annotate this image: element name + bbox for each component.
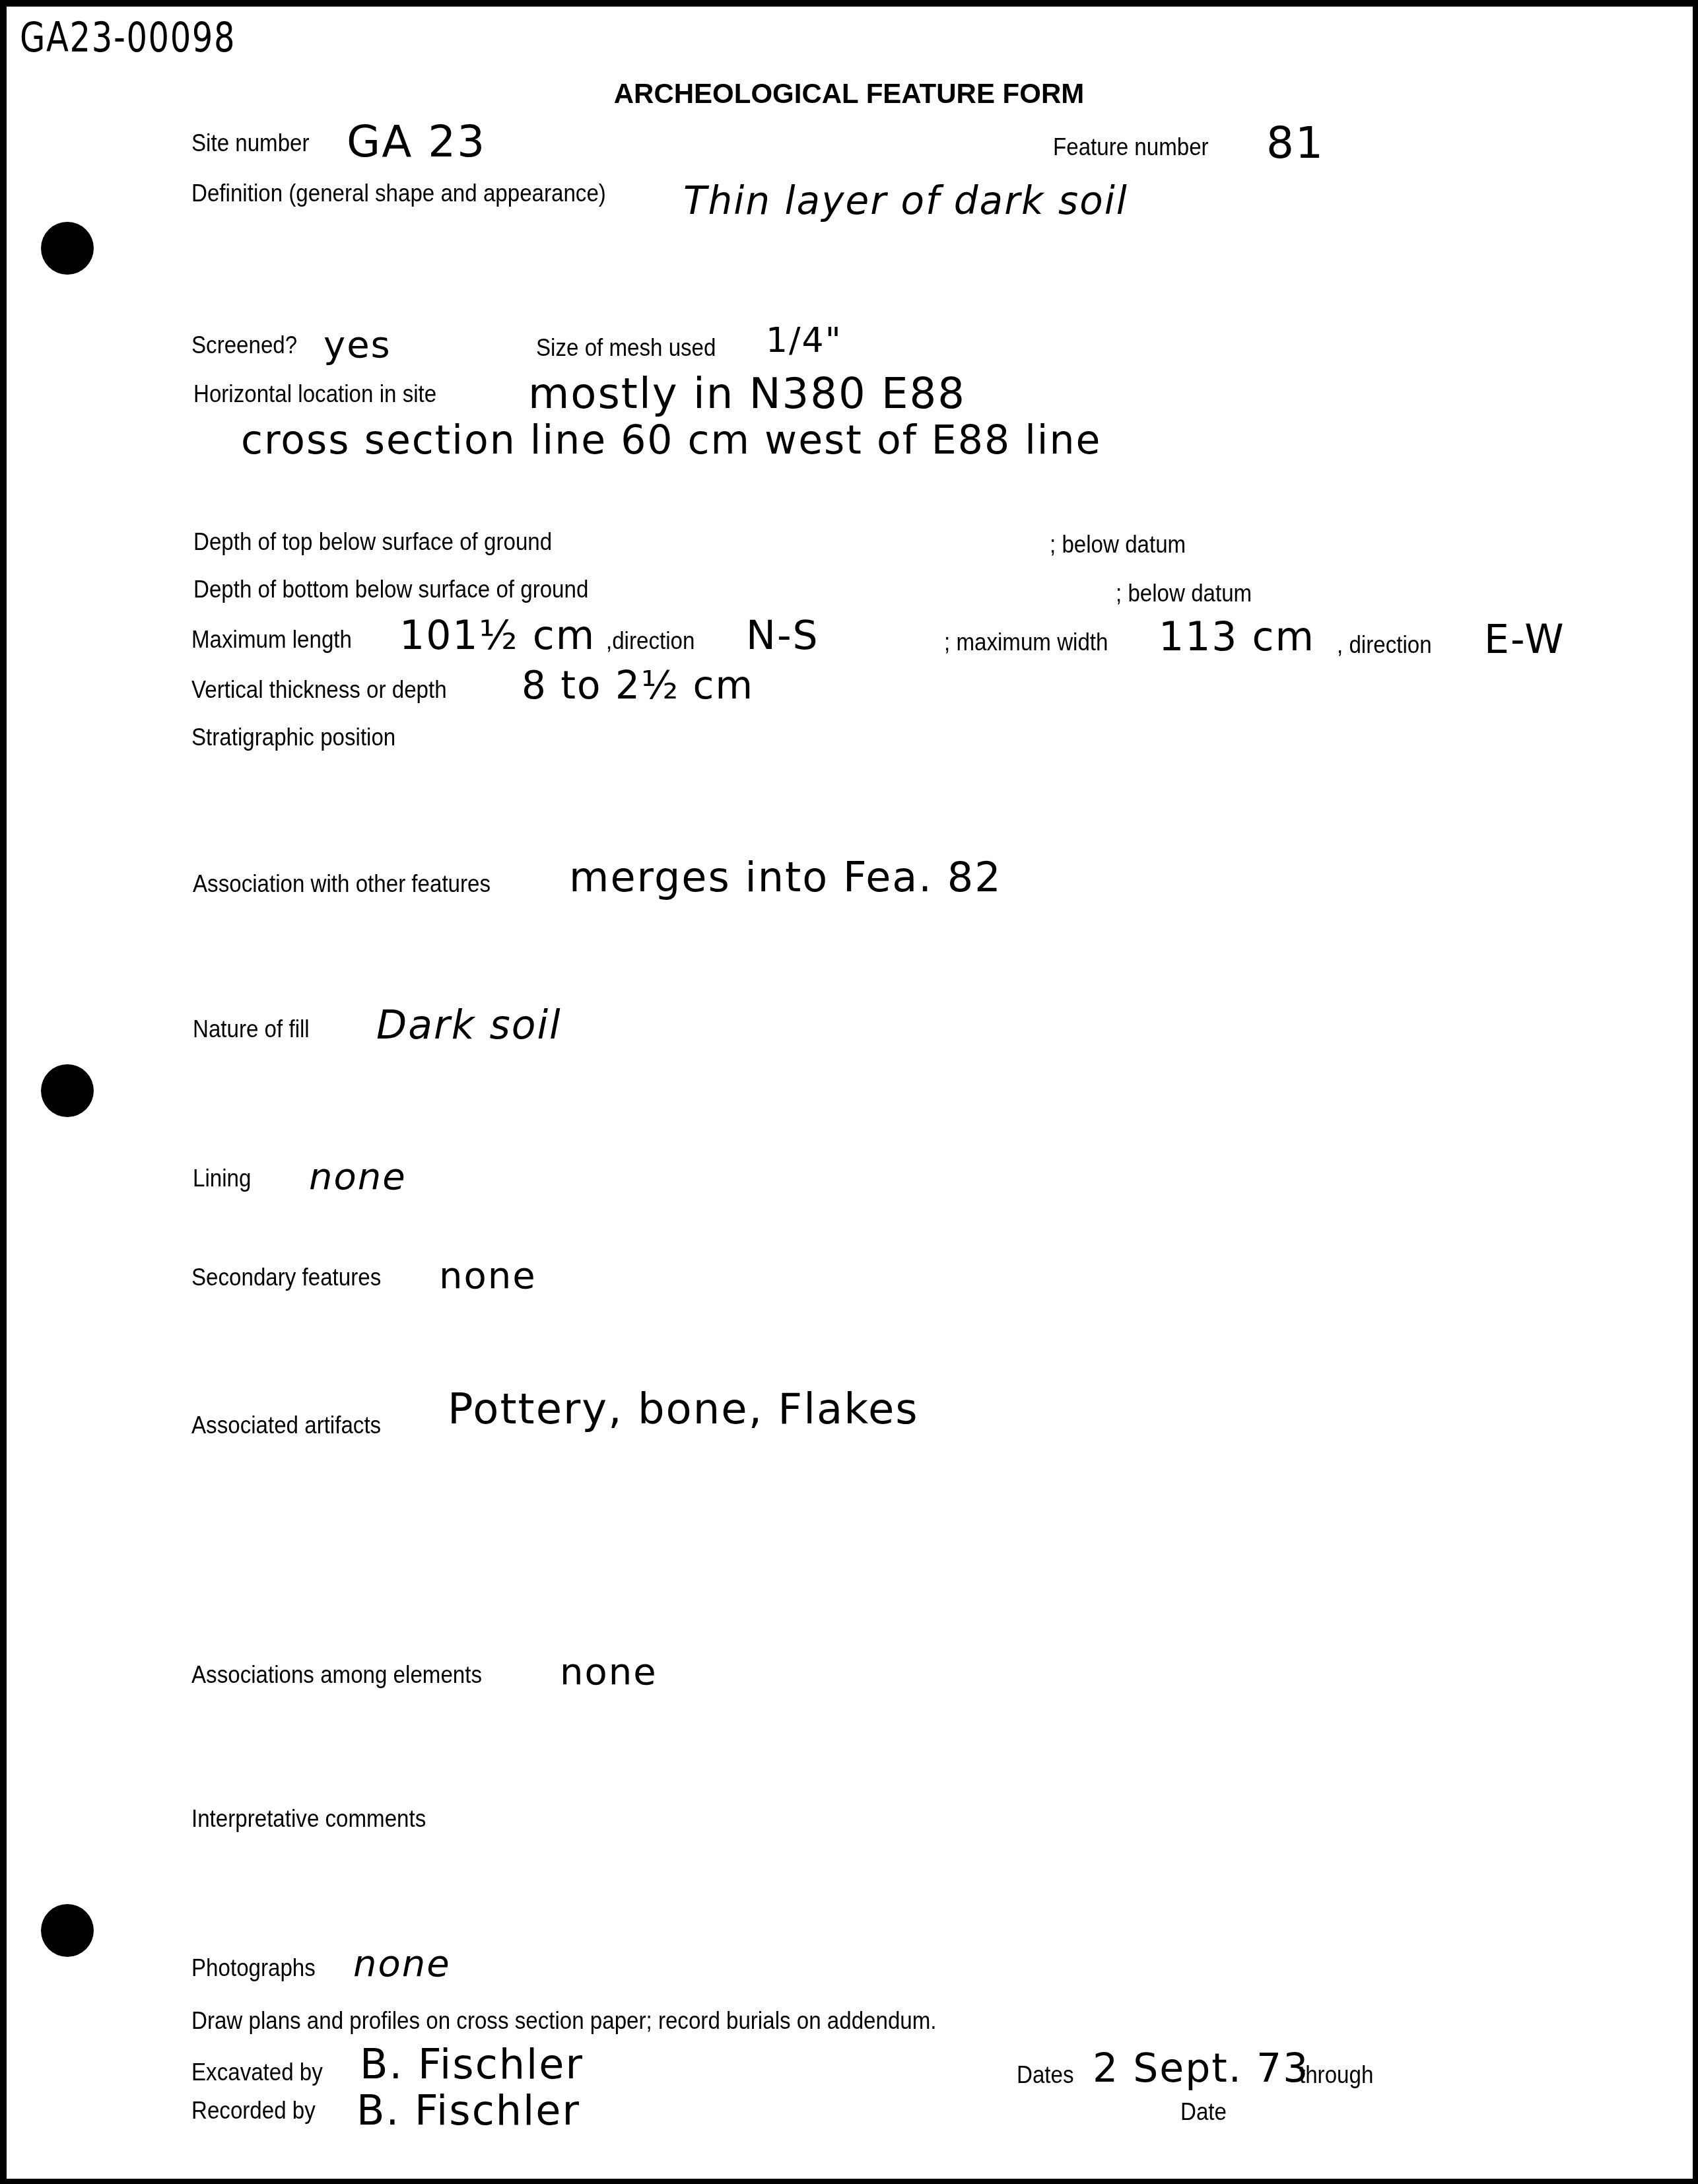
instructions-text: Draw plans and profiles on cross section… bbox=[191, 2007, 937, 2035]
recorded-by-value[interactable]: B. Fischler bbox=[357, 2086, 580, 2134]
feature-number-label: Feature number bbox=[1053, 133, 1209, 161]
association-other-label: Association with other features bbox=[193, 870, 491, 898]
screened-label: Screened? bbox=[191, 331, 297, 359]
recorded-by-label: Recorded by bbox=[191, 2097, 316, 2125]
max-width-direction-label: , direction bbox=[1337, 631, 1432, 659]
feature-form-page: GA23-00098 ARCHEOLOGICAL FEATURE FORM Si… bbox=[0, 0, 1698, 2184]
dates-through-label: through bbox=[1299, 2061, 1373, 2089]
file-id-annotation: GA23-00098 bbox=[20, 13, 236, 61]
associated-artifacts-label: Associated artifacts bbox=[191, 1412, 381, 1439]
secondary-features-label: Secondary features bbox=[191, 1264, 381, 1291]
depth-top-label: Depth of top below surface of ground bbox=[193, 528, 552, 556]
date-label: Date bbox=[1180, 2098, 1227, 2126]
scan-border-bottom bbox=[0, 2179, 1698, 2184]
horizontal-location-value[interactable]: mostly in N380 E88 bbox=[528, 370, 966, 419]
photographs-label: Photographs bbox=[191, 1954, 316, 1982]
punch-hole-icon bbox=[41, 222, 94, 275]
scan-border-right bbox=[1693, 0, 1698, 2184]
nature-of-fill-value[interactable]: Dark soil bbox=[376, 1002, 562, 1048]
nature-of-fill-label: Nature of fill bbox=[193, 1015, 310, 1043]
max-length-value[interactable]: 101½ cm bbox=[399, 613, 595, 659]
depth-bottom-datum-label: ; below datum bbox=[1116, 580, 1252, 607]
excavated-by-value[interactable]: B. Fischler bbox=[360, 2040, 584, 2088]
interpretative-comments-label: Interpretative comments bbox=[191, 1805, 426, 1833]
depth-bottom-label: Depth of bottom below surface of ground bbox=[193, 576, 588, 603]
max-length-direction-value[interactable]: N-S bbox=[746, 613, 819, 659]
scan-border-left bbox=[0, 0, 7, 2184]
depth-top-datum-label: ; below datum bbox=[1050, 531, 1186, 559]
dates-value[interactable]: 2 Sept. 73 bbox=[1093, 2045, 1309, 2092]
excavated-by-label: Excavated by bbox=[191, 2059, 323, 2086]
punch-hole-icon bbox=[41, 1904, 94, 1957]
mesh-size-value[interactable]: 1/4" bbox=[766, 321, 842, 360]
horizontal-location-value-line2[interactable]: cross section line 60 cm west of E88 lin… bbox=[241, 417, 1101, 463]
form-title: ARCHEOLOGICAL FEATURE FORM bbox=[0, 78, 1698, 110]
scan-border-top bbox=[0, 0, 1698, 7]
max-width-direction-value[interactable]: E-W bbox=[1484, 617, 1565, 663]
dates-label: Dates bbox=[1017, 2061, 1074, 2089]
vertical-thickness-value[interactable]: 8 to 2½ cm bbox=[522, 663, 754, 708]
photographs-value[interactable]: none bbox=[353, 1942, 451, 1985]
vertical-thickness-label: Vertical thickness or depth bbox=[191, 676, 447, 704]
mesh-size-label: Size of mesh used bbox=[536, 334, 716, 362]
definition-label: Definition (general shape and appearance… bbox=[191, 180, 606, 207]
secondary-features-value[interactable]: none bbox=[439, 1254, 537, 1297]
horizontal-location-label: Horizontal location in site bbox=[193, 380, 436, 408]
lining-label: Lining bbox=[193, 1165, 251, 1192]
associations-among-value[interactable]: none bbox=[560, 1651, 658, 1693]
site-number-label: Site number bbox=[191, 129, 310, 157]
associations-among-label: Associations among elements bbox=[191, 1661, 482, 1689]
screened-value[interactable]: yes bbox=[323, 324, 391, 366]
associated-artifacts-value[interactable]: Pottery, bone, Flakes bbox=[448, 1385, 919, 1434]
max-length-label: Maximum length bbox=[191, 626, 352, 654]
max-length-direction-label: ,direction bbox=[606, 627, 695, 655]
site-number-value[interactable]: GA 23 bbox=[347, 116, 486, 167]
definition-value[interactable]: Thin layer of dark soil bbox=[683, 178, 1128, 223]
max-width-label: ; maximum width bbox=[944, 629, 1108, 656]
feature-number-value[interactable]: 81 bbox=[1266, 118, 1324, 168]
association-other-value[interactable]: merges into Fea. 82 bbox=[569, 853, 1002, 901]
punch-hole-icon bbox=[41, 1064, 94, 1117]
stratigraphic-position-label: Stratigraphic position bbox=[191, 724, 395, 751]
max-width-value[interactable]: 113 cm bbox=[1159, 614, 1315, 660]
lining-value[interactable]: none bbox=[309, 1155, 407, 1198]
